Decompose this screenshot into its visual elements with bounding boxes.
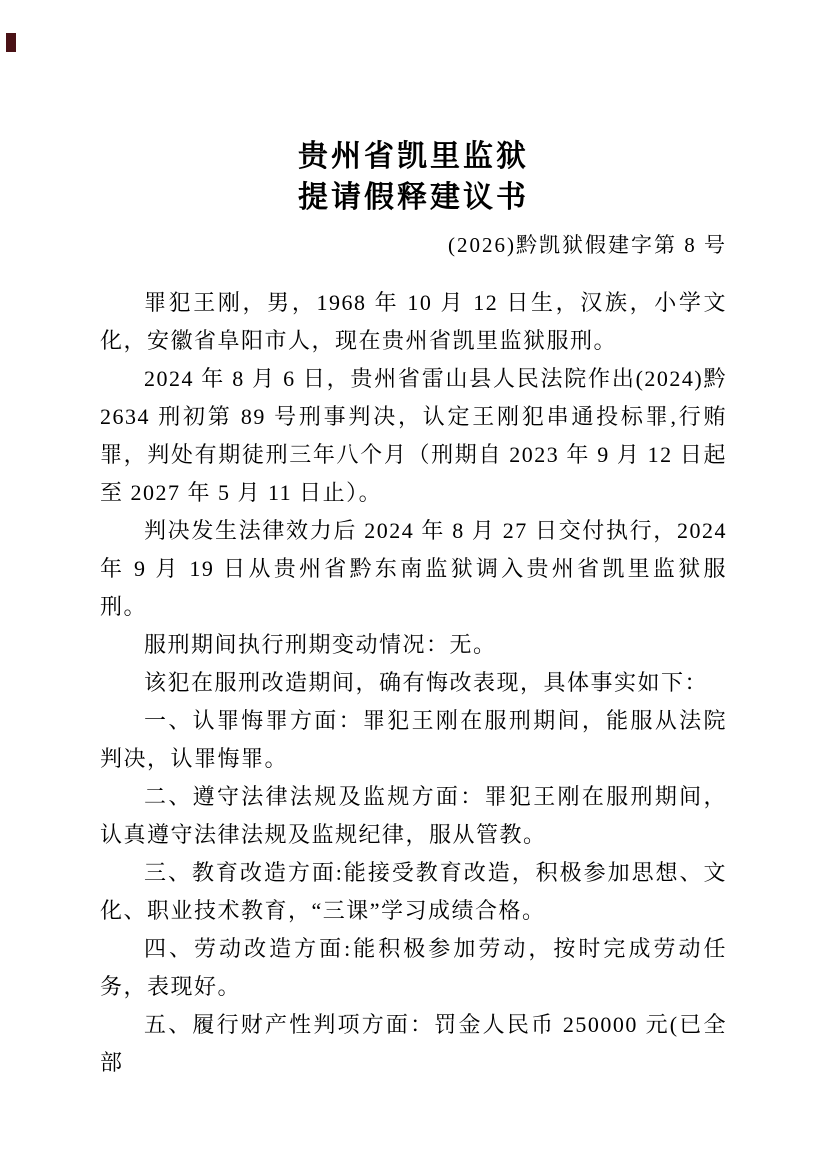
document-page: 贵州省凯里监狱 提请假释建议书 (2026)黔凯狱假建字第 8 号 罪犯王刚，男… xyxy=(0,0,827,1169)
body-paragraph: 服刑期间执行刑期变动情况：无。 xyxy=(100,626,727,664)
body-paragraph: 罪犯王刚，男，1968 年 10 月 12 日生，汉族，小学文化，安徽省阜阳市人… xyxy=(100,284,727,360)
body-paragraph: 二、遵守法律法规及监规方面：罪犯王刚在服刑期间，认真遵守法律法规及监规纪律，服从… xyxy=(100,778,727,854)
scan-artifact-mark xyxy=(6,33,16,52)
document-title: 贵州省凯里监狱 提请假释建议书 xyxy=(0,136,827,218)
body-paragraph: 2024 年 8 月 6 日，贵州省雷山县人民法院作出(2024)黔 2634 … xyxy=(100,360,727,512)
title-line-prison-name: 贵州省凯里监狱 xyxy=(0,136,827,177)
body-paragraph: 一、认罪悔罪方面：罪犯王刚在服刑期间，能服从法院判决，认罪悔罪。 xyxy=(100,702,727,778)
document-body: 罪犯王刚，男，1968 年 10 月 12 日生，汉族，小学文化，安徽省阜阳市人… xyxy=(100,284,727,1082)
body-paragraph: 该犯在服刑改造期间，确有悔改表现，具体事实如下： xyxy=(100,664,727,702)
body-paragraph: 判决发生法律效力后 2024 年 8 月 27 日交付执行，2024 年 9 月… xyxy=(100,512,727,626)
body-paragraph: 三、教育改造方面:能接受教育改造，积极参加思想、文化、职业技术教育，“三课”学习… xyxy=(100,854,727,930)
document-reference-number: (2026)黔凯狱假建字第 8 号 xyxy=(100,230,727,260)
body-paragraph: 四、劳动改造方面:能积极参加劳动，按时完成劳动任务，表现好。 xyxy=(100,930,727,1006)
body-paragraph: 五、履行财产性判项方面：罚金人民币 250000 元(已全部 xyxy=(100,1006,727,1082)
title-line-document-type: 提请假释建议书 xyxy=(0,177,827,218)
